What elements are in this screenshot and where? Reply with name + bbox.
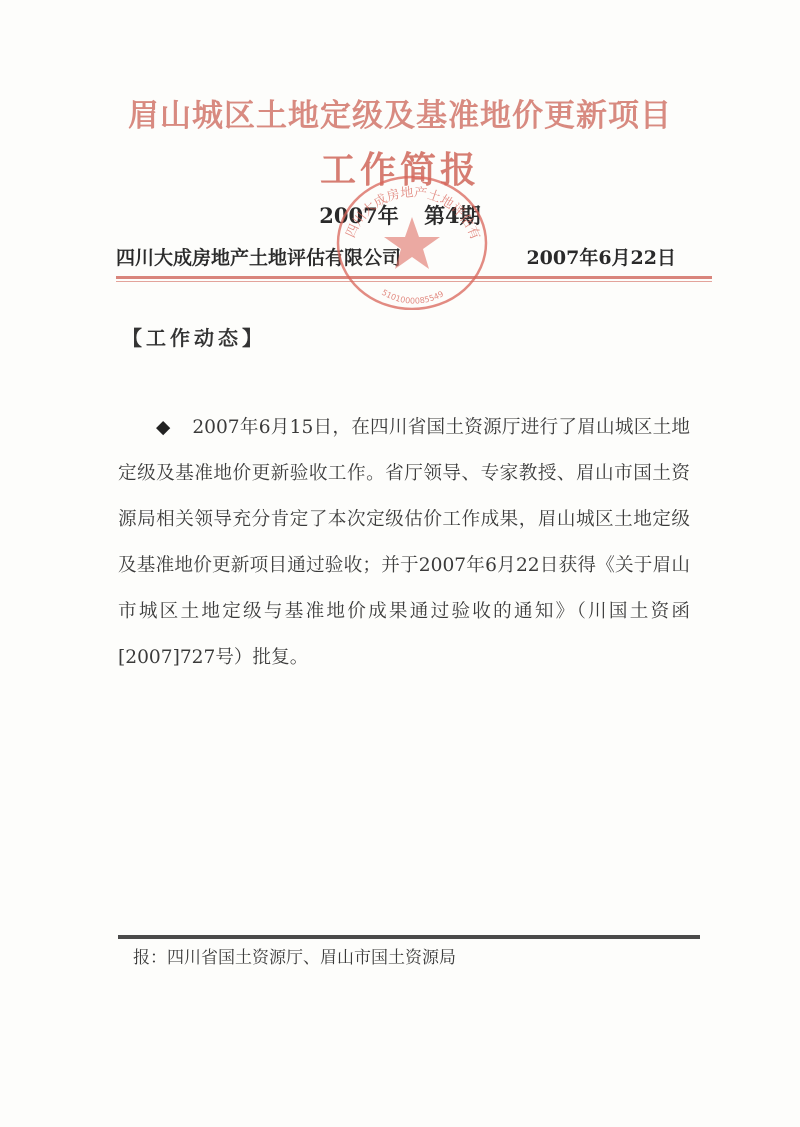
diamond-bullet-icon: ◆	[156, 405, 170, 451]
report-recipients: 报：四川省国土资源厅、眉山市国土资源局	[133, 943, 456, 968]
stamp-number: 5101000085549	[380, 288, 445, 306]
svg-text:5101000085549: 5101000085549	[380, 288, 445, 306]
briefing-page: 眉山城区土地定级及基准地价更新项目 工作简报 2007年 第4期 四川大成房地产…	[0, 0, 800, 1127]
news-paragraph: ◆2007年6月15日，在四川省国土资源厅进行了眉山城区土地定级及基准地价更新验…	[118, 405, 690, 681]
footer-divider	[118, 935, 700, 939]
section-heading: 【工作动态】	[122, 322, 266, 351]
star-icon	[384, 217, 440, 269]
paragraph-text: 2007年6月15日，在四川省国土资源厅进行了眉山城区土地定级及基准地价更新验收…	[118, 417, 690, 668]
document-title: 眉山城区土地定级及基准地价更新项目	[0, 90, 800, 135]
company-seal-stamp: 四川大成房地产土地评估有限公司 5101000085549	[330, 165, 495, 310]
publish-date: 2007年6月22日	[526, 243, 676, 270]
